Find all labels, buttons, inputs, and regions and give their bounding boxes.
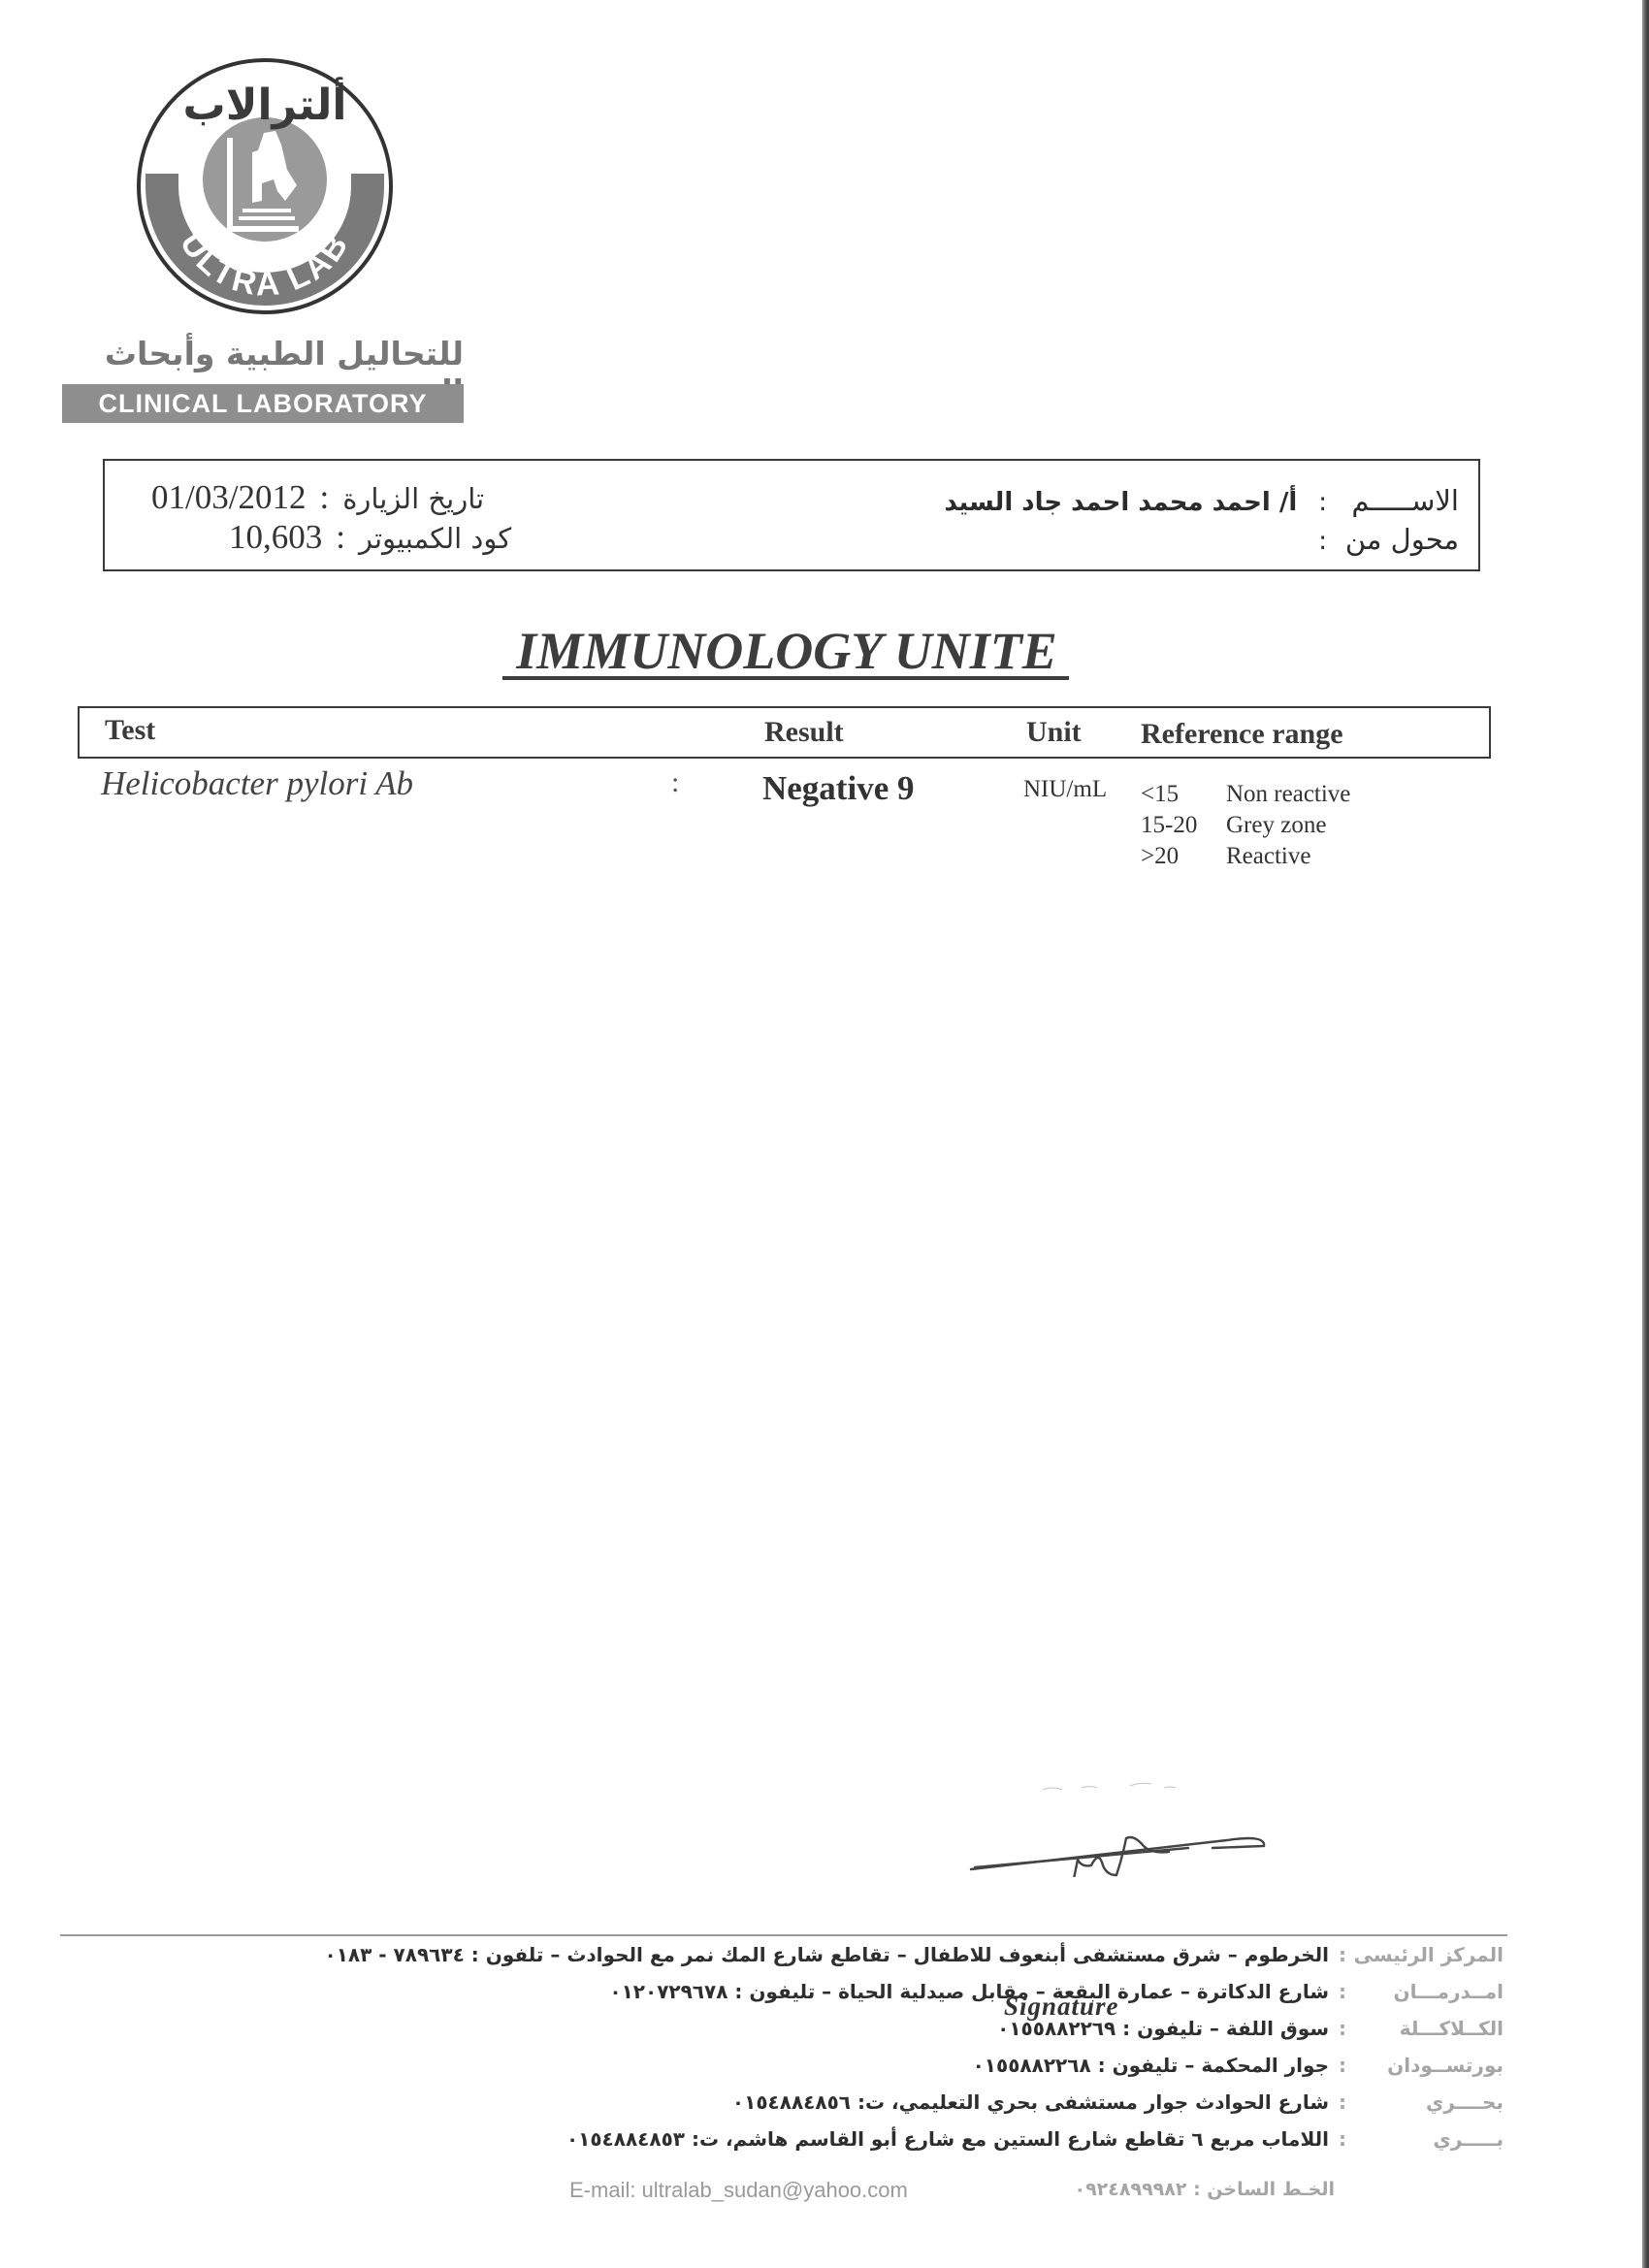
branch-address: الخرطوم – شرق مستشفى أبنعوف للاطفال – تق…: [324, 1943, 1329, 1966]
reference-range: >20: [1141, 843, 1226, 874]
reference-range: 15-20: [1141, 812, 1226, 843]
test-unit: NIU/mL: [1023, 776, 1107, 803]
hotline-label: الخـط الساخن :: [1193, 2179, 1335, 2200]
patient-name-label: الاســـــم: [1342, 484, 1459, 517]
branch-name: بحــــري: [1356, 2090, 1503, 2114]
header-unit: Unit: [1026, 716, 1082, 749]
footer-divider: [60, 1934, 1507, 1936]
colon: :: [336, 518, 345, 556]
reference-item: <15 Non reactive: [1141, 781, 1350, 812]
branch-item: بحــــري : شارع الحوادث جوار مستشفى بحري…: [194, 2090, 1503, 2127]
test-result: Negative 9: [762, 769, 914, 808]
referred-by-label: محول من: [1342, 523, 1459, 556]
lab-english-banner: CLINICAL LABORATORY: [62, 384, 464, 423]
section-title: IMMUNOLOGY UNITE: [501, 621, 1073, 681]
email-address[interactable]: E-mail: ultralab_sudan@yahoo.com: [569, 2178, 908, 2203]
header-test: Test: [105, 714, 155, 747]
reference-interpretation: Grey zone: [1226, 812, 1326, 843]
reference-range-list: <15 Non reactive 15-20 Grey zone >20 Rea…: [1141, 781, 1350, 874]
header-result: Result: [764, 716, 844, 749]
patient-name-row: الاســـــم : أ/ احمد محمد احمد جاد السيد: [760, 484, 1459, 523]
colon: :: [1339, 2090, 1346, 2114]
visit-date-row: 01/03/2012 : تاريخ الزيارة: [151, 478, 656, 518]
patient-info-box: 01/03/2012 : تاريخ الزيارة 10,603 : كود …: [103, 459, 1480, 571]
scan-edge: [1642, 0, 1649, 2268]
branch-address: شارع الدكاترة – عمارة البقعة – مقابل صيد…: [609, 1980, 1329, 2003]
colon: :: [1339, 2054, 1346, 2077]
reference-interpretation: Non reactive: [1226, 781, 1350, 812]
signature-label: Signature: [1004, 1992, 1119, 2022]
reference-item: 15-20 Grey zone: [1141, 812, 1350, 843]
branch-item: الكــلاكـــلة : سوق اللفة – تليفون : ٠١٥…: [194, 2017, 1503, 2054]
colon: :: [1339, 2017, 1346, 2040]
hotline-number: ٠٩٢٤٨٩٩٩٨٢: [1074, 2179, 1186, 2200]
patient-identity: الاســـــم : أ/ احمد محمد احمد جاد السيد…: [760, 484, 1459, 562]
branch-list: المركز الرئيسى : الخرطوم – شرق مستشفى أب…: [194, 1943, 1503, 2164]
patient-name-value: أ/ احمد محمد احمد جاد السيد: [944, 488, 1297, 517]
reference-item: >20 Reactive: [1141, 843, 1350, 874]
reference-range: <15: [1141, 781, 1226, 812]
branch-address: شارع الحوادث جوار مستشفى بحري التعليمي، …: [732, 2090, 1329, 2114]
lab-logo: ألترالاب ULTRA LAB: [134, 55, 396, 317]
branch-name: بورتســودان: [1356, 2054, 1503, 2077]
microscope-logo-icon: ألترالاب ULTRA LAB: [134, 55, 396, 317]
branch-item: بـــــري : اللاماب مربع ٦ تقاطع شارع الس…: [194, 2127, 1503, 2164]
colon: :: [1318, 527, 1327, 556]
results-table-header: Test Result Unit Reference range: [78, 706, 1491, 759]
referred-by-row: محول من :: [760, 523, 1459, 562]
svg-text:ألترالاب: ألترالاب: [183, 77, 347, 130]
visit-date-value: 01/03/2012: [151, 478, 306, 516]
computer-code-row: 10,603 : كود الكمبيوتر: [151, 518, 656, 558]
header-reference-range: Reference range: [1141, 718, 1343, 751]
visit-date-label: تاريخ الزيارة: [342, 480, 484, 518]
visit-info: 01/03/2012 : تاريخ الزيارة 10,603 : كود …: [151, 478, 656, 558]
branch-name: الكــلاكـــلة: [1356, 2017, 1503, 2040]
branch-item: المركز الرئيسى : الخرطوم – شرق مستشفى أب…: [194, 1943, 1503, 1980]
test-name: Helicobacter pylori Ab: [101, 764, 413, 803]
colon: :: [1339, 1943, 1346, 1966]
reference-interpretation: Reactive: [1226, 843, 1310, 874]
colon: :: [1318, 488, 1327, 517]
branch-name: بـــــري: [1356, 2127, 1503, 2151]
computer-code-label: كود الكمبيوتر: [359, 520, 511, 558]
colon: :: [1339, 2127, 1346, 2151]
handwritten-signature-icon: [936, 1761, 1285, 1877]
branch-name: المركز الرئيسى: [1356, 1943, 1503, 1966]
branch-item: امــدرمـــان : شارع الدكاترة – عمارة الب…: [194, 1980, 1503, 2017]
branch-item: بورتســودان : جوار المحكمة – تليفون : ٠١…: [194, 2054, 1503, 2090]
section-title-underline: [502, 676, 1069, 680]
computer-code-value: 10,603: [229, 518, 322, 556]
colon: :: [1339, 1980, 1346, 2003]
branch-address: جوار المحكمة – تليفون : ٠١٥٥٨٨٢٢٦٨: [973, 2054, 1329, 2077]
branch-name: امــدرمـــان: [1356, 1980, 1503, 2003]
hotline: الخـط الساخن : ٠٩٢٤٨٩٩٩٨٢: [1074, 2179, 1335, 2200]
test-separator: :: [671, 766, 679, 799]
colon: :: [319, 478, 329, 516]
branch-address: اللاماب مربع ٦ تقاطع شارع الستين مع شارع…: [566, 2127, 1329, 2151]
